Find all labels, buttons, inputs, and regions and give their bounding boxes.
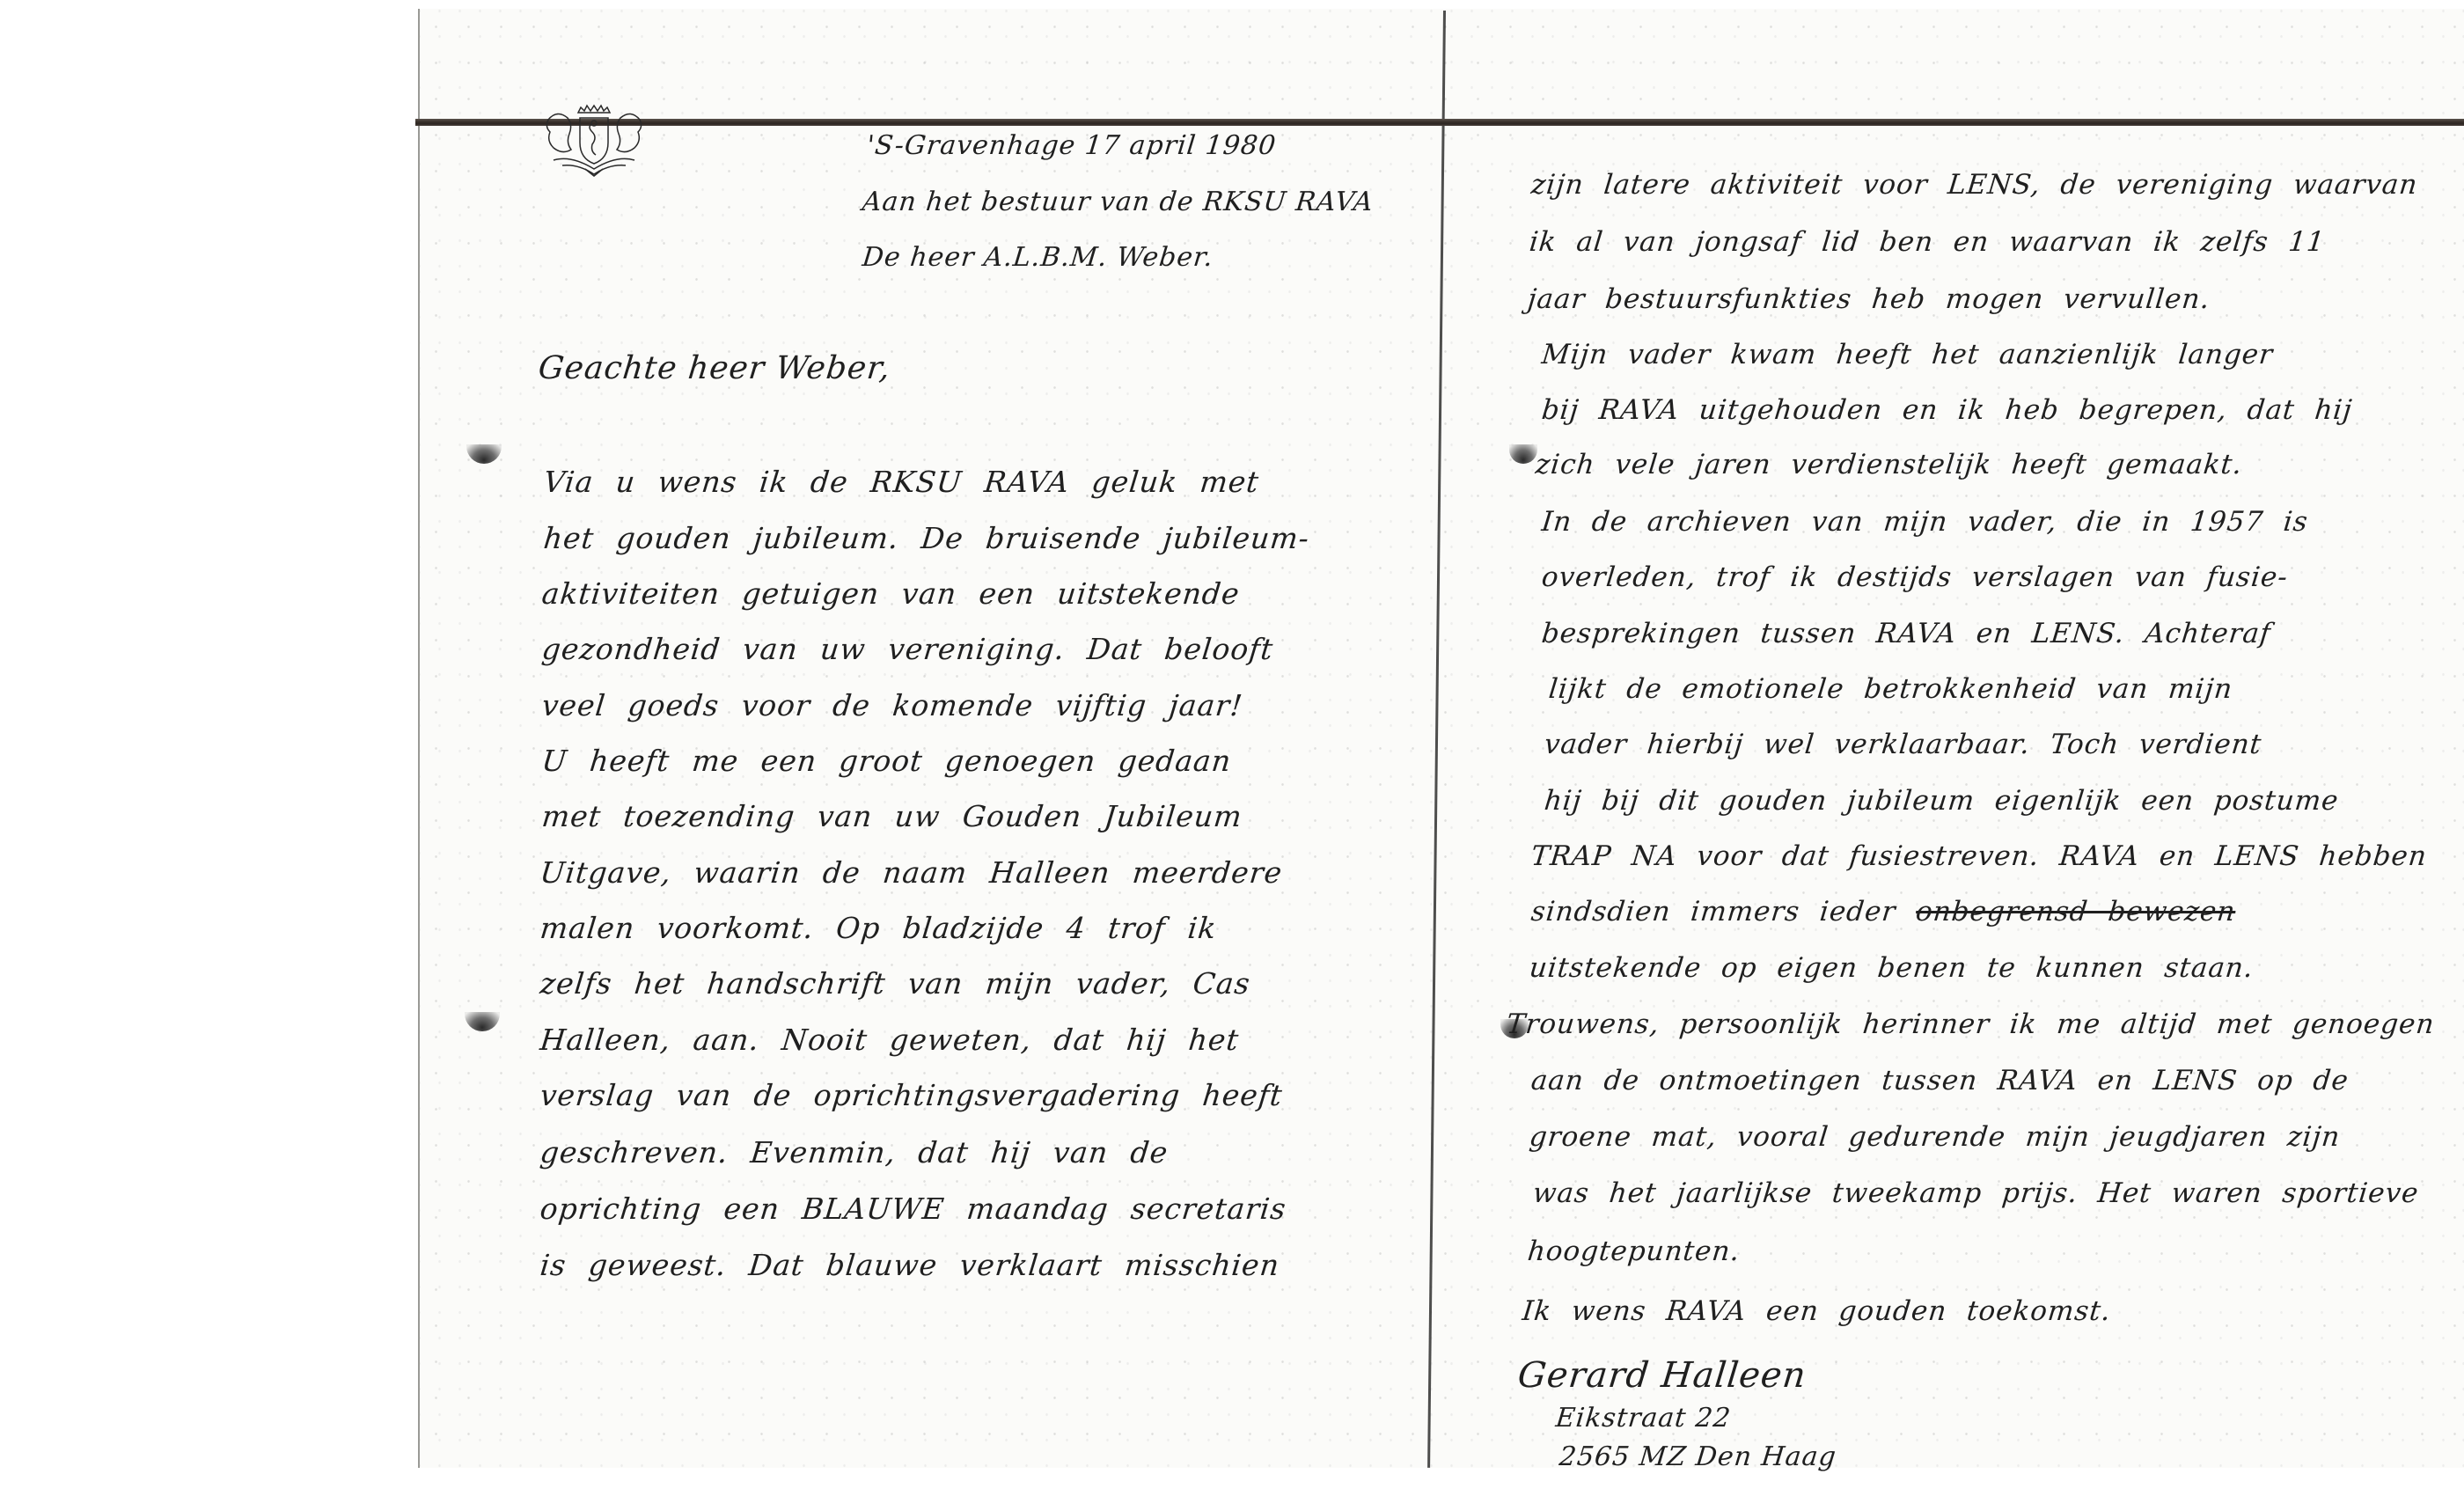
letter-line: Uitgave, waarin de naam Halleen meerdere [539, 855, 1284, 890]
struck-through-text: onbegrensd bewezen [1914, 896, 2237, 928]
letter-line: lijkt de emotionele betrokkenheid van mi… [1547, 673, 2234, 705]
letter-line: was het jaarlijkse tweekamp prijs. Het w… [1531, 1177, 2420, 1209]
letter-line-with-strikethrough: sindsdien immers ieder onbegrensd beweze… [1529, 896, 2237, 928]
letter-line: Via u wens ik de RKSU RAVA geluk met [542, 465, 1261, 499]
letter-line: bij RAVA uitgehouden en ik heb begrepen,… [1540, 394, 2354, 426]
closing-wish: Ik wens RAVA een gouden toekomst. [1521, 1295, 2113, 1327]
letter-line: zich vele jaren verdienstelijk heeft gem… [1534, 449, 2244, 480]
letter-line: geschreven. Evenmin, dat hij van de [539, 1135, 1170, 1170]
letter-line: jaar bestuursfunkties heb mogen vervulle… [1526, 283, 2211, 315]
letter-line: Mijn vader kwam heeft het aanzienlijk la… [1540, 339, 2275, 370]
signature: Gerard Halleen [1516, 1355, 1808, 1396]
letter-line: U heeft me een groot genoegen gedaan [540, 744, 1233, 778]
letter-line: gezondheid van uw vereniging. Dat beloof… [540, 632, 1275, 666]
letterhead-rule [415, 119, 2464, 126]
letter-line: Halleen, aan. Nooit geweten, dat hij het [539, 1023, 1241, 1057]
letter-line: zelfs het handschrift van mijn vader, Ca… [539, 966, 1252, 1001]
letter-line: hoogtepunten. [1526, 1236, 1742, 1267]
letter-line: malen voorkomt. Op bladzijde 4 trof ik [539, 911, 1219, 945]
letter-line: Trouwens, persoonlijk herinner ik me alt… [1505, 1008, 2436, 1040]
letter-line: aan de ontmoetingen tussen RAVA en LENS … [1529, 1065, 2350, 1096]
addressee-line: Aan het bestuur van de RKSU RAVA [861, 187, 1375, 217]
salutation: Geachte heer Weber, [537, 350, 892, 386]
letter-line: uitstekende op eigen benen te kunnen sta… [1528, 952, 2255, 984]
recipient-line: De heer A.L.B.M. Weber. [861, 242, 1214, 273]
coat-of-arms-icon [541, 104, 647, 178]
letter-line: met toezending van uw Gouden Jubileum [540, 799, 1244, 833]
letter-line: hij bij dit gouden jubileum eigenlijk ee… [1543, 785, 2340, 817]
letter-line: veel goeds voor de komende vijftig jaar! [540, 688, 1244, 722]
letter-line: vader hierbij wel verklaarbaar. Toch ver… [1543, 729, 2263, 760]
letter-line: groene mat, vooral gedurende mijn jeugdj… [1528, 1121, 2342, 1153]
letter-line: besprekingen tussen RAVA en LENS. Achter… [1540, 618, 2272, 649]
letter-line: zijn latere aktiviteit voor LENS, de ver… [1529, 169, 2419, 201]
letter-line: aktiviteiten getuigen van een uitstekend… [540, 576, 1242, 611]
letter-line: is geweest. Dat blauwe verklaart misschi… [539, 1248, 1281, 1282]
line-prefix: sindsdien immers ieder [1529, 896, 1897, 928]
letter-line: ik al van jongsaf lid ben en waarvan ik … [1528, 226, 2327, 258]
place-and-date: 'S-Gravenhage 17 april 1980 [865, 130, 1278, 161]
letter-line: het gouden jubileum. De bruisende jubile… [542, 521, 1311, 555]
letter-line: verslag van de oprichtingsvergadering he… [539, 1078, 1285, 1112]
letter-line: In de archieven van mijn vader, die in 1… [1540, 506, 2310, 538]
letter-line: oprichting een BLAUWE maandag secretaris [539, 1192, 1288, 1226]
signature-address-city: 2565 MZ Den Haag [1558, 1441, 1837, 1472]
letter-line: TRAP NA voor dat fusiestreven. RAVA en L… [1529, 840, 2429, 872]
signature-address-street: Eikstraat 22 [1554, 1403, 1733, 1434]
letter-line: overleden, trof ik destijds verslagen va… [1540, 561, 2290, 593]
